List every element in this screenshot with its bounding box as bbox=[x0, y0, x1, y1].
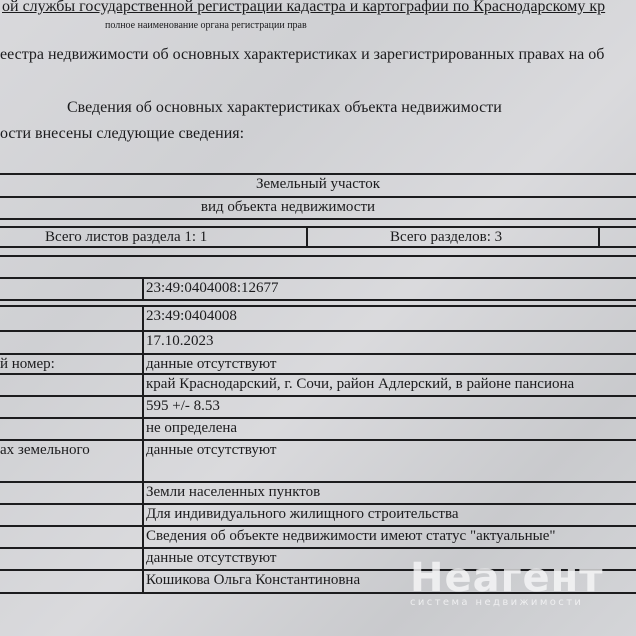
table-border bbox=[306, 226, 308, 247]
table-border bbox=[0, 173, 636, 175]
row-label: й номер: bbox=[0, 356, 55, 373]
row-value: данные отсутствуют bbox=[146, 356, 276, 373]
column-divider bbox=[142, 481, 144, 503]
column-divider bbox=[142, 525, 144, 547]
table-border bbox=[598, 226, 600, 247]
table-border bbox=[0, 246, 636, 248]
table-border bbox=[0, 255, 636, 257]
watermark-tagline: система недвижимости bbox=[410, 597, 583, 608]
table-border bbox=[0, 439, 636, 441]
table-border bbox=[0, 373, 636, 375]
column-divider bbox=[142, 277, 144, 299]
object-type-caption: вид объекта недвижимости bbox=[0, 199, 576, 216]
table-border bbox=[0, 299, 636, 301]
row-value: 23:49:0404008:12677 bbox=[146, 280, 279, 297]
row-value: Кошикова Ольга Константиновна bbox=[146, 572, 360, 589]
column-divider bbox=[142, 503, 144, 525]
column-divider bbox=[142, 395, 144, 417]
table-border bbox=[0, 353, 636, 355]
column-divider bbox=[142, 569, 144, 592]
table-border bbox=[0, 503, 636, 505]
row-value: данные отсутствуют bbox=[146, 550, 276, 567]
table-border bbox=[0, 395, 636, 397]
sections-count: Всего разделов: 3 bbox=[390, 229, 502, 246]
table-border bbox=[0, 218, 636, 220]
column-divider bbox=[142, 353, 144, 373]
section-title: Сведения об основных характеристиках объ… bbox=[67, 99, 502, 117]
table-border bbox=[0, 196, 636, 198]
row-label: ах земельного bbox=[0, 442, 90, 459]
row-value: 23:49:0404008 bbox=[146, 308, 237, 325]
intro-text: ости внесены следующие сведения: bbox=[0, 125, 244, 143]
authority-caption: полное наименование органа регистрации п… bbox=[105, 20, 307, 31]
column-divider bbox=[142, 547, 144, 569]
row-value: 595 +/- 8.53 bbox=[146, 398, 220, 415]
table-border bbox=[0, 305, 636, 307]
column-divider bbox=[142, 439, 144, 481]
table-border bbox=[0, 226, 636, 228]
table-border bbox=[0, 547, 636, 549]
row-value: Земли населенных пунктов bbox=[146, 484, 320, 501]
column-divider bbox=[142, 330, 144, 353]
row-value: 17.10.2023 bbox=[146, 333, 214, 350]
object-type: Земельный участок bbox=[0, 176, 636, 193]
extract-title: еестра недвижимости об основных характер… bbox=[0, 46, 604, 64]
table-border bbox=[0, 481, 636, 483]
watermark-logo: Неагент bbox=[410, 555, 603, 601]
row-value: не определена bbox=[146, 420, 237, 437]
table-border bbox=[0, 277, 636, 279]
table-border bbox=[0, 417, 636, 419]
row-value: Сведения об объекте недвижимости имеют с… bbox=[146, 528, 556, 545]
row-value: данные отсутствуют bbox=[146, 442, 276, 459]
column-divider bbox=[142, 305, 144, 330]
sheets-count: Всего листов раздела 1: 1 bbox=[45, 229, 207, 246]
row-value: Для индивидуального жилищного строительс… bbox=[146, 506, 459, 523]
registration-authority-name: ой службы государственной регистрации ка… bbox=[2, 0, 605, 16]
column-divider bbox=[142, 373, 144, 395]
table-border bbox=[0, 525, 636, 527]
table-border bbox=[0, 330, 636, 332]
row-value: край Краснодарский, г. Сочи, район Адлер… bbox=[146, 376, 574, 393]
column-divider bbox=[142, 417, 144, 439]
